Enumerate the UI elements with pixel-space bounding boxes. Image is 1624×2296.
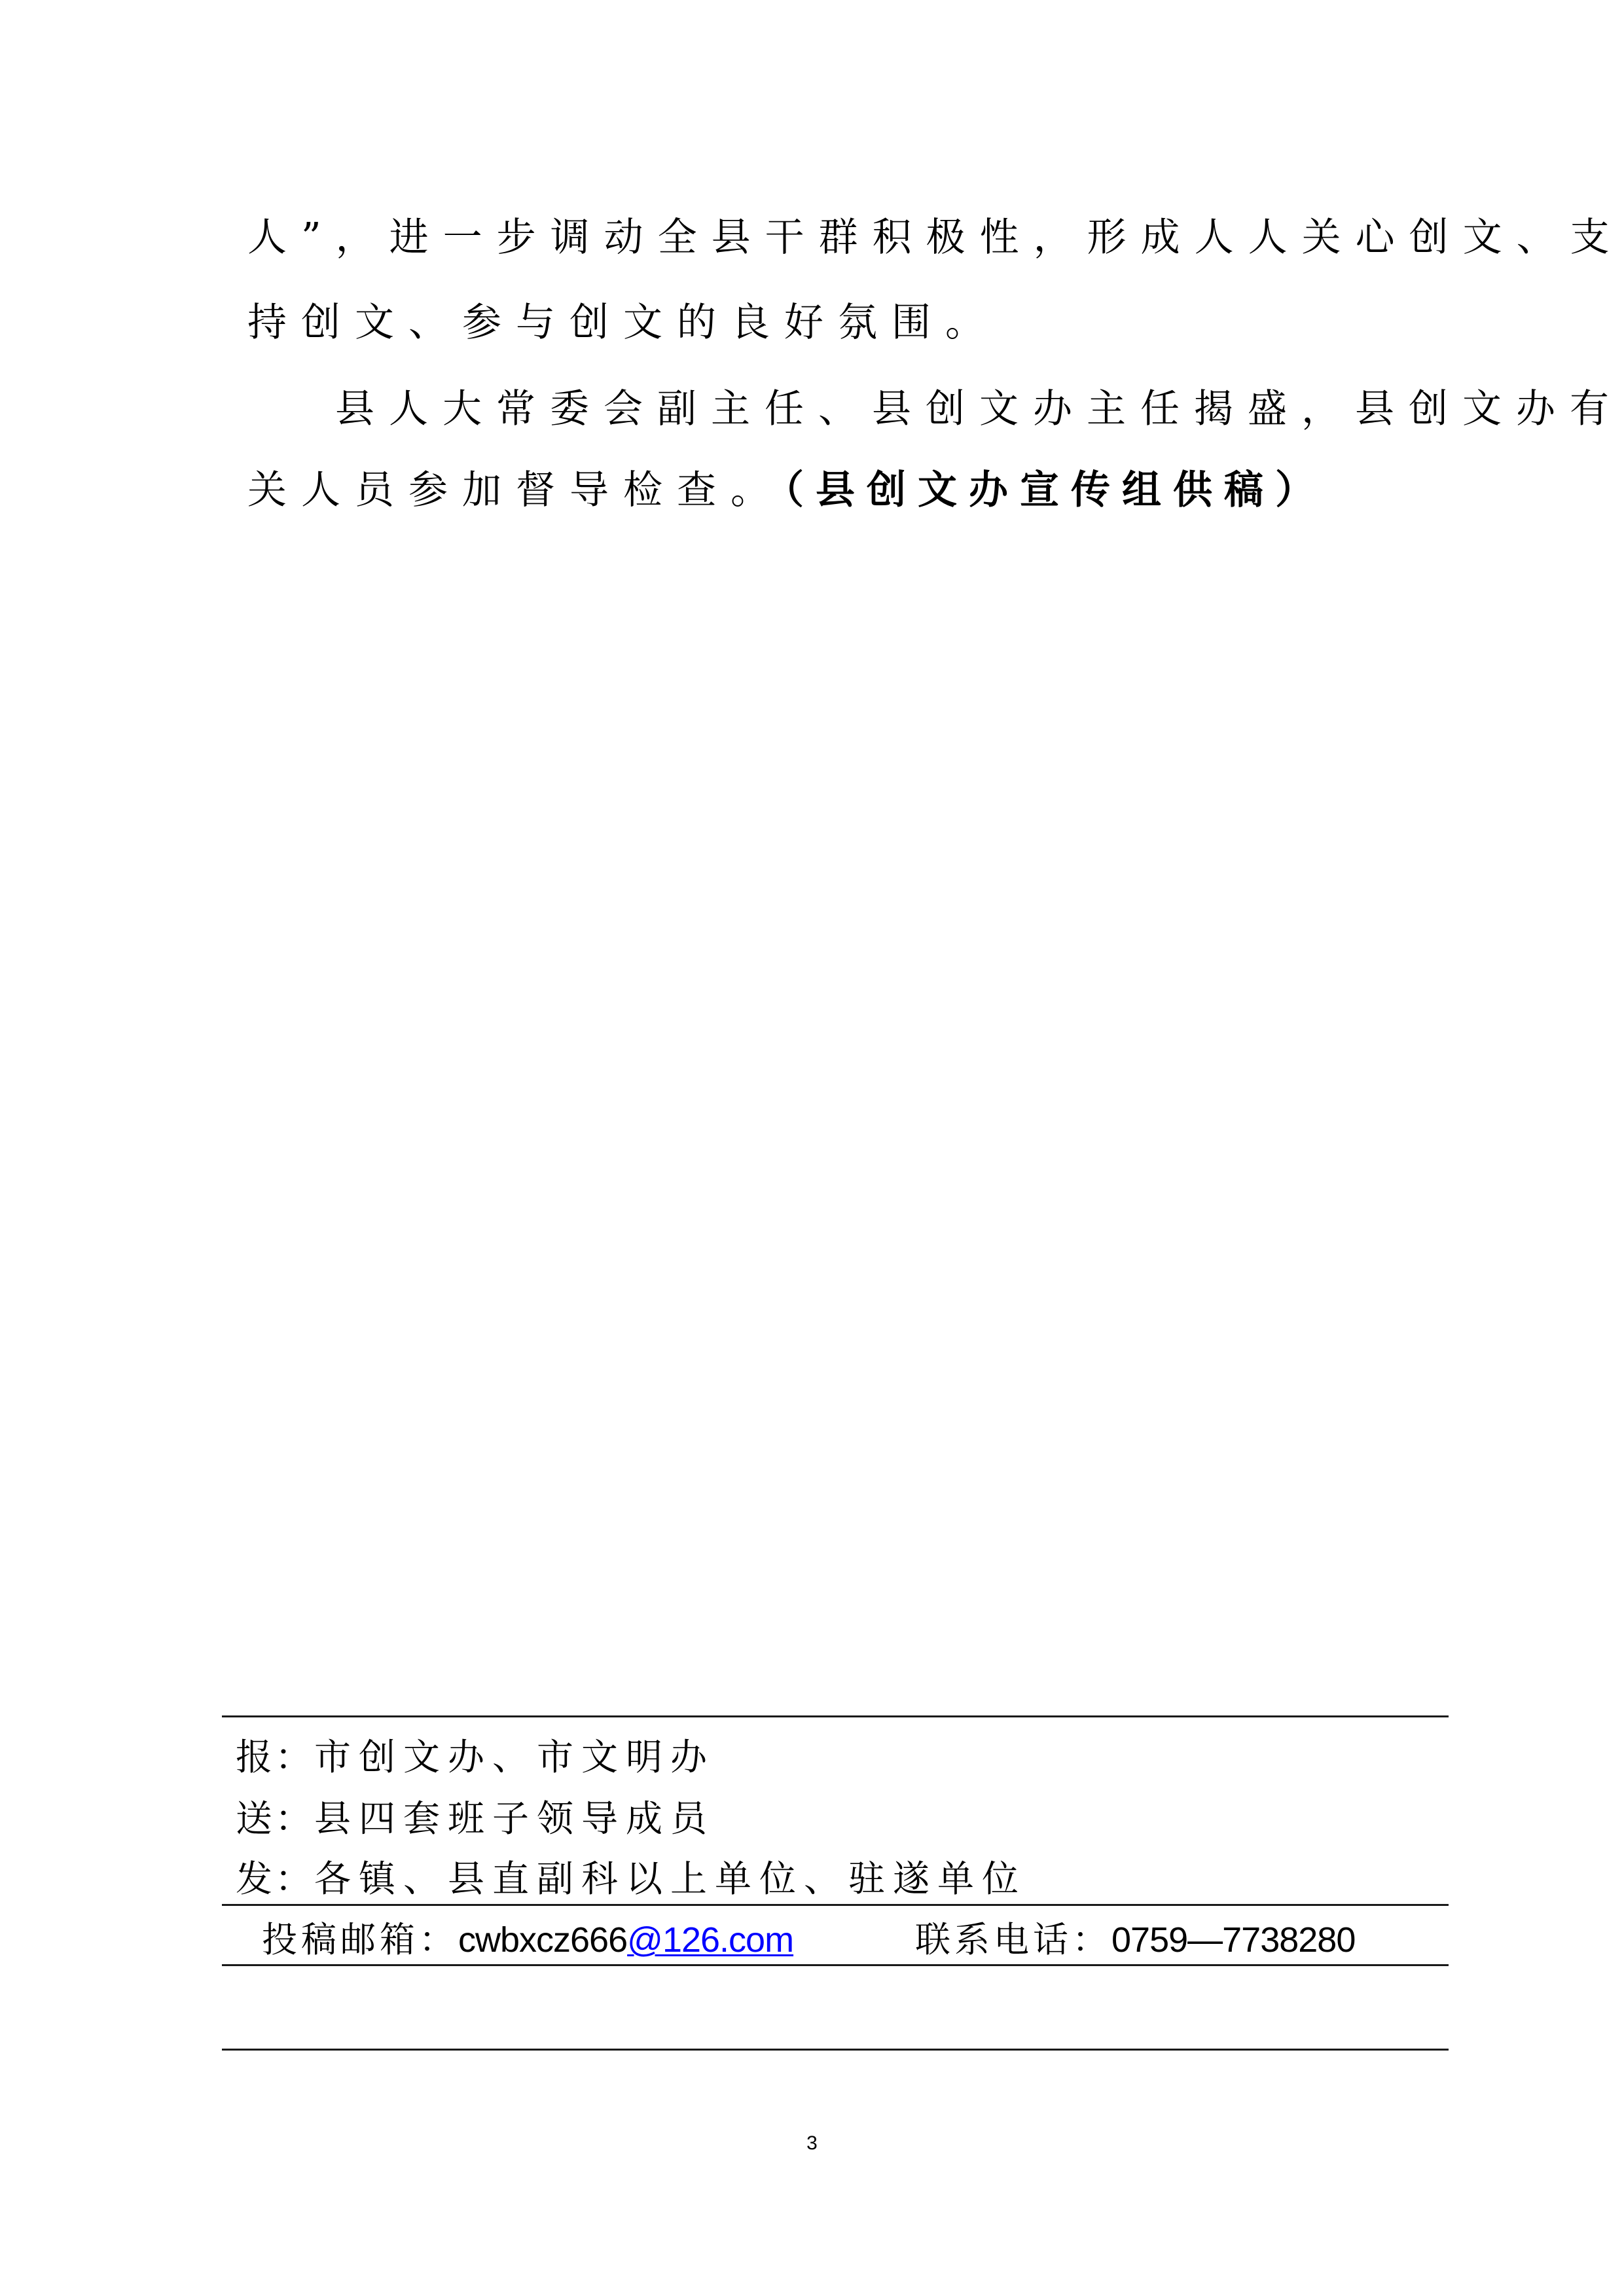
phone-value: 0759—7738280 bbox=[1111, 1920, 1355, 1960]
distribution-issue-to: 发：各镇、县直副科以上单位、驻遂单位 bbox=[236, 1861, 1026, 1898]
source-note: （县创文办宣传组供稿） bbox=[784, 467, 1326, 513]
phone-label: 联系电话： bbox=[915, 1919, 1111, 1960]
body-paragraph-1-line-1: 人”，进一步调动全县干群积极性，形成人人关心创文、支 bbox=[247, 218, 1380, 257]
body-paragraph-2-text: 关人员参加督导检查。 bbox=[247, 467, 784, 513]
body-paragraph-2-line-1: 县人大常委会副主任、县创文办主任揭盛，县创文办有 bbox=[247, 389, 1468, 429]
divider-top bbox=[222, 1715, 1449, 1717]
distribution-label: 送： bbox=[236, 1798, 314, 1840]
distribution-label: 报： bbox=[236, 1736, 314, 1779]
divider-contact-top bbox=[222, 1904, 1449, 1906]
email-label: 投稿邮箱： bbox=[262, 1919, 458, 1960]
contact-row: 投稿邮箱：cwbxcz666@126.com 联系电话：0759—7738280 bbox=[262, 1922, 1440, 1958]
distribution-value: 市创文办、市文明办 bbox=[314, 1736, 715, 1779]
body-paragraph-1-line-2: 持创文、参与创文的良好氛围。 bbox=[247, 303, 1380, 342]
distribution-label: 发： bbox=[236, 1858, 314, 1901]
page-number: 3 bbox=[0, 2132, 1624, 2155]
divider-contact-bottom bbox=[222, 1964, 1449, 1966]
body-paragraph-2-line-2: 关人员参加督导检查。（县创文办宣传组供稿） bbox=[247, 471, 1380, 510]
phone-group: 联系电话：0759—7738280 bbox=[915, 1922, 1355, 1958]
document-page: 人”，进一步调动全县干群积极性，形成人人关心创文、支 持创文、参与创文的良好氛围… bbox=[0, 0, 1624, 2296]
divider-bottom bbox=[222, 2049, 1449, 2051]
distribution-send-to: 送：县四套班子领导成员 bbox=[236, 1801, 715, 1838]
email-user: cwbxcz666 bbox=[458, 1920, 627, 1960]
distribution-report-to: 报：市创文办、市文明办 bbox=[236, 1740, 715, 1776]
distribution-value: 各镇、县直副科以上单位、驻遂单位 bbox=[314, 1858, 1026, 1901]
email-link[interactable]: @126.com bbox=[627, 1920, 793, 1960]
distribution-value: 县四套班子领导成员 bbox=[314, 1798, 715, 1840]
